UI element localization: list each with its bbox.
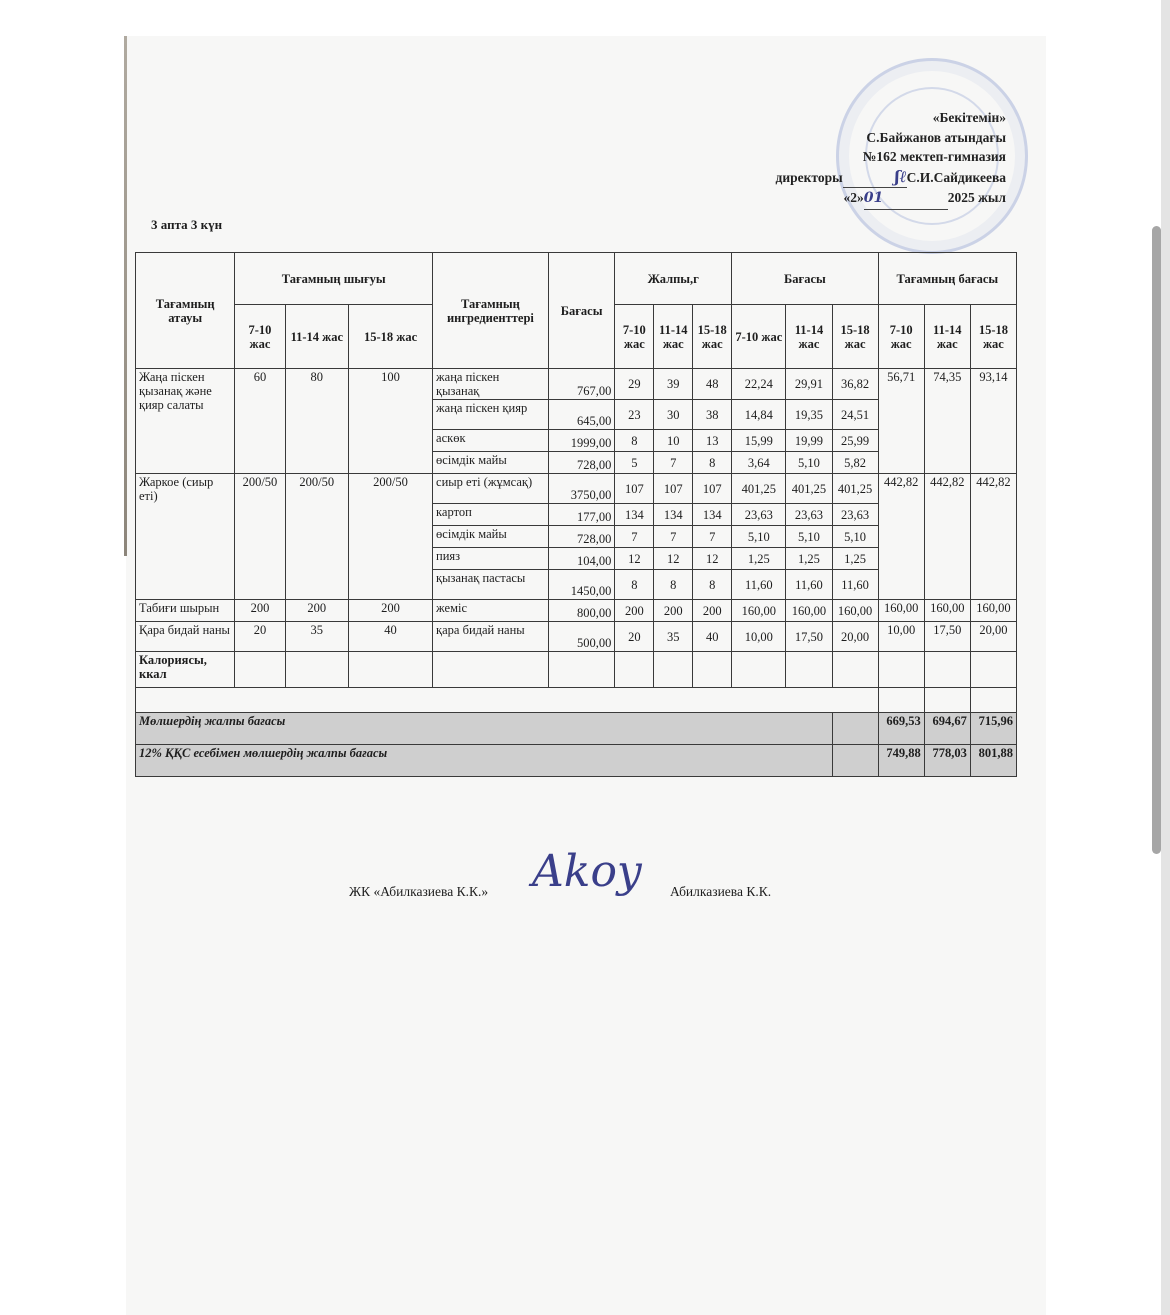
ingredient-cost: 5,10 [732, 526, 786, 548]
ingredient-cost: 20,00 [832, 622, 878, 652]
ingredient-price: 645,00 [548, 400, 615, 430]
approval-date: «2»012025 жыл [776, 188, 1007, 210]
calories-cell [878, 652, 924, 688]
ingredient-grams: 8 [615, 570, 654, 600]
header-cost: Бағасы [732, 253, 878, 305]
ingredient-grams: 200 [693, 600, 732, 622]
ingredient-name: қызанақ пастасы [433, 570, 549, 600]
ingredient-grams: 29 [615, 369, 654, 400]
calories-cell [548, 652, 615, 688]
dish-total-cost: 74,35 [924, 369, 970, 474]
vat-total-row-value: 801,88 [970, 745, 1016, 777]
ingredient-price: 500,00 [548, 622, 615, 652]
header-cost-15-18: 15-18 жас [832, 305, 878, 369]
spacer-cell [136, 688, 879, 713]
ingredient-grams: 134 [693, 504, 732, 526]
ingredient-grams: 7 [654, 526, 693, 548]
dish-name: Жаңа піскен қызанақ және қияр салаты [136, 369, 235, 474]
ingredient-grams: 107 [615, 474, 654, 504]
ingredient-cost: 401,25 [732, 474, 786, 504]
dish-yield: 35 [285, 622, 349, 652]
ingredient-cost: 10,00 [732, 622, 786, 652]
director-name: С.И.Сайдикеева [907, 170, 1006, 185]
ingredient-grams: 20 [615, 622, 654, 652]
dish-total-cost: 160,00 [924, 600, 970, 622]
vat-total-row: 12% ҚҚС есебімен мөлшердің жалпы бағасы7… [136, 745, 1017, 777]
ingredient-cost: 24,51 [832, 400, 878, 430]
calories-cell [235, 652, 285, 688]
ingredient-cost: 160,00 [832, 600, 878, 622]
dish-total-cost: 442,82 [970, 474, 1016, 600]
ingredient-grams: 8 [615, 430, 654, 452]
ingredient-cost: 36,82 [832, 369, 878, 400]
header-dish-cost-15-18: 15-18 жас [970, 305, 1016, 369]
date-day: «2» [843, 190, 863, 205]
dish-yield: 80 [285, 369, 349, 474]
ingredient-grams: 48 [693, 369, 732, 400]
ingredient-grams: 35 [654, 622, 693, 652]
table-row: Қара бидай наны203540қара бидай наны500,… [136, 622, 1017, 652]
dish-total-cost: 20,00 [970, 622, 1016, 652]
scrollbar-thumb[interactable] [1152, 226, 1161, 854]
table-row: Жаркое (сиыр еті)200/50200/50200/50сиыр … [136, 474, 1017, 504]
ingredient-grams: 134 [615, 504, 654, 526]
date-month-blank: 01 [864, 188, 948, 210]
calories-cell [615, 652, 654, 688]
ingredient-price: 1999,00 [548, 430, 615, 452]
ingredient-cost: 3,64 [732, 452, 786, 474]
ingredient-grams: 134 [654, 504, 693, 526]
header-ingredients: Тағамның ингредиенттері [433, 253, 549, 369]
dish-total-cost: 160,00 [970, 600, 1016, 622]
ingredient-cost: 23,63 [732, 504, 786, 526]
ingredient-price: 728,00 [548, 526, 615, 548]
ingredient-grams: 40 [693, 622, 732, 652]
dish-yield: 200/50 [349, 474, 433, 600]
dish-yield: 60 [235, 369, 285, 474]
calories-row: Калориясы, ккал [136, 652, 1017, 688]
empty-cell [832, 745, 878, 777]
approval-title: «Бекітемін» [776, 108, 1007, 128]
vat-total-row-value: 749,88 [878, 745, 924, 777]
ingredient-grams: 12 [615, 548, 654, 570]
dish-name: Қара бидай наны [136, 622, 235, 652]
table-row: Табиғи шырын200200200жеміс800,0020020020… [136, 600, 1017, 622]
ingredient-cost: 5,10 [832, 526, 878, 548]
total-row-value: 715,96 [970, 713, 1016, 745]
ingredient-name: қара бидай наны [433, 622, 549, 652]
ingredient-grams: 107 [693, 474, 732, 504]
header-dish-cost-7-10: 7-10 жас [878, 305, 924, 369]
scrollbar-track[interactable] [1161, 0, 1170, 1315]
spacer-cell [924, 688, 970, 713]
header-grams-11-14: 11-14 жас [654, 305, 693, 369]
dish-total-cost: 93,14 [970, 369, 1016, 474]
total-row: Мөлшердің жалпы бағасы669,53694,67715,96 [136, 713, 1017, 745]
dish-yield: 40 [349, 622, 433, 652]
ingredient-cost: 14,84 [732, 400, 786, 430]
dish-yield: 20 [235, 622, 285, 652]
dish-yield: 200/50 [235, 474, 285, 600]
ingredient-name: өсімдік майы [433, 526, 549, 548]
ingredient-grams: 39 [654, 369, 693, 400]
ingredient-cost: 1,25 [832, 548, 878, 570]
ingredient-name: жаңа піскен қияр [433, 400, 549, 430]
footer-name: Абилказиева К.К. [670, 884, 771, 900]
ingredient-cost: 1,25 [786, 548, 832, 570]
ingredient-name: жаңа піскен қызанақ [433, 369, 549, 400]
ingredient-name: картоп [433, 504, 549, 526]
ingredient-price: 1450,00 [548, 570, 615, 600]
header-grams-7-10: 7-10 жас [615, 305, 654, 369]
header-dish-name: Тағамның атауы [136, 253, 235, 369]
ingredient-grams: 200 [615, 600, 654, 622]
ingredient-cost: 5,82 [832, 452, 878, 474]
ingredient-cost: 23,63 [832, 504, 878, 526]
ingredient-price: 767,00 [548, 369, 615, 400]
director-label: директоры [776, 170, 843, 185]
ingredient-name: пияз [433, 548, 549, 570]
ingredient-grams: 30 [654, 400, 693, 430]
header-yield-7-10: 7-10 жас [235, 305, 285, 369]
header-grams-15-18: 15-18 жас [693, 305, 732, 369]
ingredient-grams: 12 [654, 548, 693, 570]
dish-yield: 200/50 [285, 474, 349, 600]
spacer-cell [970, 688, 1016, 713]
ingredient-price: 177,00 [548, 504, 615, 526]
ingredient-cost: 19,35 [786, 400, 832, 430]
ingredient-cost: 23,63 [786, 504, 832, 526]
header-yield-11-14: 11-14 жас [285, 305, 349, 369]
ingredient-cost: 11,60 [832, 570, 878, 600]
spacer-cell [878, 688, 924, 713]
director-line: директорыʃℓС.И.Сайдикеева [776, 167, 1007, 189]
approval-year: 2025 жыл [948, 190, 1006, 205]
ingredient-cost: 5,10 [786, 452, 832, 474]
footer-signature: Akoy [532, 846, 642, 897]
day-label: 3 апта 3 күн [151, 217, 222, 233]
date-month: 01 [864, 190, 883, 206]
calories-cell [786, 652, 832, 688]
ingredient-grams: 8 [693, 452, 732, 474]
ingredient-grams: 5 [615, 452, 654, 474]
calories-cell [654, 652, 693, 688]
dish-yield: 200 [285, 600, 349, 622]
ingredient-cost: 160,00 [786, 600, 832, 622]
ingredient-grams: 200 [654, 600, 693, 622]
ingredient-grams: 8 [693, 570, 732, 600]
dish-total-cost: 56,71 [878, 369, 924, 474]
calories-cell [349, 652, 433, 688]
ingredient-price: 728,00 [548, 452, 615, 474]
total-row-value: 694,67 [924, 713, 970, 745]
ingredient-grams: 23 [615, 400, 654, 430]
school-number: №162 мектеп-гимназия [776, 147, 1007, 167]
ingredient-grams: 7 [654, 452, 693, 474]
ingredient-cost: 29,91 [786, 369, 832, 400]
calories-label: Калориясы, ккал [136, 652, 235, 688]
ingredient-grams: 10 [654, 430, 693, 452]
empty-cell [832, 713, 878, 745]
ingredient-grams: 38 [693, 400, 732, 430]
dish-total-cost: 10,00 [878, 622, 924, 652]
header-price: Бағасы [548, 253, 615, 369]
ingredient-cost: 15,99 [732, 430, 786, 452]
ingredient-price: 3750,00 [548, 474, 615, 504]
ingredient-cost: 25,99 [832, 430, 878, 452]
ingredient-name: өсімдік майы [433, 452, 549, 474]
ingredient-cost: 11,60 [786, 570, 832, 600]
ingredient-cost: 401,25 [786, 474, 832, 504]
dish-total-cost: 17,50 [924, 622, 970, 652]
approval-block: «Бекітемін» С.Байжанов атындағы №162 мек… [776, 108, 1007, 210]
ingredient-grams: 13 [693, 430, 732, 452]
header-dish-cost-11-14: 11-14 жас [924, 305, 970, 369]
ingredient-cost: 401,25 [832, 474, 878, 504]
director-signature-blank: ʃℓ [843, 167, 907, 189]
ingredient-grams: 7 [615, 526, 654, 548]
calories-cell [433, 652, 549, 688]
header-cost-7-10: 7-10 жас [732, 305, 786, 369]
total-row-label: Мөлшердің жалпы бағасы [136, 713, 833, 745]
ingredient-price: 800,00 [548, 600, 615, 622]
ingredient-name: жеміс [433, 600, 549, 622]
calories-cell [970, 652, 1016, 688]
header-yield-15-18: 15-18 жас [349, 305, 433, 369]
ingredient-cost: 11,60 [732, 570, 786, 600]
ingredient-grams: 107 [654, 474, 693, 504]
menu-table: Тағамның атауы Тағамның шығуы Тағамның и… [135, 252, 1017, 777]
ingredient-grams: 8 [654, 570, 693, 600]
ingredient-cost: 160,00 [732, 600, 786, 622]
ingredient-price: 104,00 [548, 548, 615, 570]
ingredient-grams: 7 [693, 526, 732, 548]
calories-cell [693, 652, 732, 688]
calories-cell [285, 652, 349, 688]
ingredient-name: сиыр еті (жұмсақ) [433, 474, 549, 504]
school-name: С.Байжанов атындағы [776, 128, 1007, 148]
dish-total-cost: 442,82 [924, 474, 970, 600]
calories-cell [832, 652, 878, 688]
dish-total-cost: 442,82 [878, 474, 924, 600]
ingredient-cost: 5,10 [786, 526, 832, 548]
dish-name: Табиғи шырын [136, 600, 235, 622]
header-dish-cost: Тағамның бағасы [878, 253, 1016, 305]
page-edge [124, 36, 127, 556]
footer-org: ЖК «Абилказиева К.К.» [349, 884, 488, 900]
dish-yield: 200 [349, 600, 433, 622]
total-row-value: 669,53 [878, 713, 924, 745]
dish-yield: 100 [349, 369, 433, 474]
header-total-grams: Жалпы,г [615, 253, 732, 305]
vat-total-row-label: 12% ҚҚС есебімен мөлшердің жалпы бағасы [136, 745, 833, 777]
dish-yield: 200 [235, 600, 285, 622]
ingredient-cost: 17,50 [786, 622, 832, 652]
vat-total-row-value: 778,03 [924, 745, 970, 777]
calories-cell [924, 652, 970, 688]
dish-name: Жаркое (сиыр еті) [136, 474, 235, 600]
ingredient-cost: 22,24 [732, 369, 786, 400]
header-cost-11-14: 11-14 жас [786, 305, 832, 369]
table-row: Жаңа піскен қызанақ және қияр салаты6080… [136, 369, 1017, 400]
ingredient-name: аскөк [433, 430, 549, 452]
header-yield: Тағамның шығуы [235, 253, 433, 305]
dish-total-cost: 160,00 [878, 600, 924, 622]
ingredient-grams: 12 [693, 548, 732, 570]
spacer-row [136, 688, 1017, 713]
ingredient-cost: 1,25 [732, 548, 786, 570]
calories-cell [732, 652, 786, 688]
ingredient-cost: 19,99 [786, 430, 832, 452]
